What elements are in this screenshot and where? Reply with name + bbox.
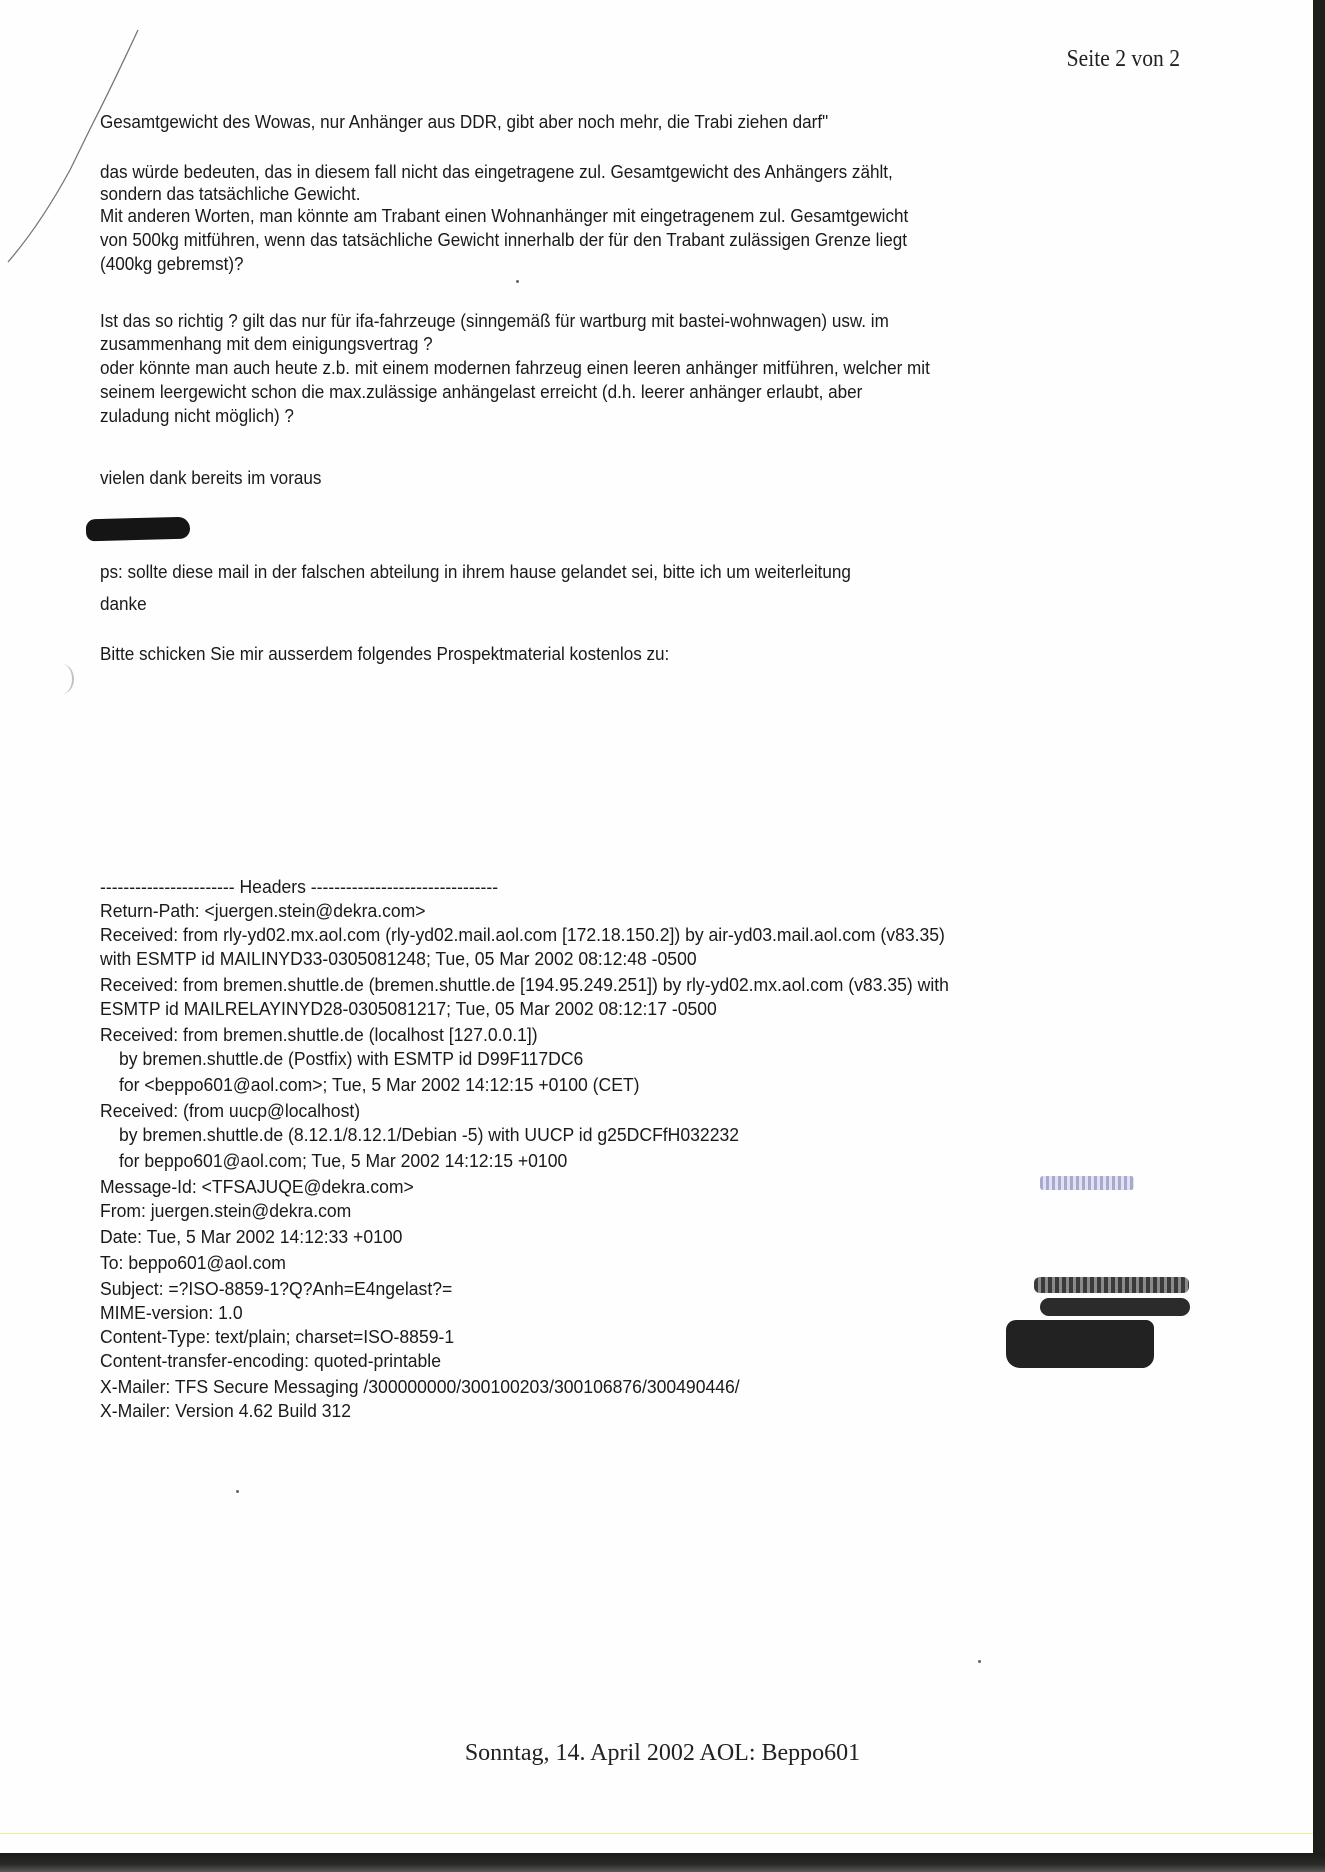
body-line: seinem leergewicht schon die max.zulässi… (100, 381, 862, 403)
scan-border-right (1313, 0, 1325, 1872)
header-line: Return-Path: <juergen.stein@dekra.com> (100, 899, 426, 923)
header-line: From: juergen.stein@dekra.com (100, 1199, 351, 1223)
header-line: Message-Id: <TFSAJUQE@dekra.com> (100, 1175, 414, 1199)
header-line: MIME-version: 1.0 (100, 1301, 243, 1325)
body-line: Bitte schicken Sie mir ausserdem folgend… (100, 643, 669, 665)
header-line: for beppo601@aol.com; Tue, 5 Mar 2002 14… (100, 1149, 567, 1173)
redacted-stamp (1040, 1176, 1134, 1190)
body-line: sondern das tatsächliche Gewicht. (100, 183, 360, 205)
header-line: Received: from rly-yd02.mx.aol.com (rly-… (100, 923, 945, 947)
redacted-block (1006, 1320, 1154, 1368)
body-line: ps: sollte diese mail in der falschen ab… (100, 561, 851, 583)
scan-speck (236, 1490, 239, 1493)
header-line: ESMTP id MAILRELAYINYD28-0305081217; Tue… (100, 997, 717, 1021)
scan-speck (516, 280, 519, 283)
header-line: Received: from bremen.shuttle.de (bremen… (100, 973, 949, 997)
header-line: X-Mailer: TFS Secure Messaging /30000000… (100, 1375, 740, 1399)
header-line: X-Mailer: Version 4.62 Build 312 (100, 1399, 351, 1423)
body-line: zusammenhang mit dem einigungsvertrag ? (100, 333, 433, 355)
print-footer: Sonntag, 14. April 2002 AOL: Beppo601 (0, 1740, 1325, 1767)
header-line: Content-transfer-encoding: quoted-printa… (100, 1349, 441, 1373)
body-line: danke (100, 593, 147, 615)
redacted-signature (86, 517, 191, 542)
headers-title: ----------------------- Headers --------… (100, 875, 498, 899)
body-line: von 500kg mitführen, wenn das tatsächlic… (100, 229, 907, 251)
body-line: oder könnte man auch heute z.b. mit eine… (100, 357, 930, 379)
body-line: das würde bedeuten, das in diesem fall n… (100, 161, 893, 183)
body-line: Ist das so richtig ? gilt das nur für if… (100, 310, 889, 332)
scan-artifact-mark (50, 664, 74, 694)
header-line: by bremen.shuttle.de (8.12.1/8.12.1/Debi… (100, 1123, 739, 1147)
header-line: Received: from bremen.shuttle.de (localh… (100, 1023, 538, 1047)
body-line: (400kg gebremst)? (100, 253, 244, 275)
header-line: by bremen.shuttle.de (Postfix) with ESMT… (100, 1047, 583, 1071)
header-line: To: beppo601@aol.com (100, 1251, 286, 1275)
body-line: Mit anderen Worten, man könnte am Traban… (100, 205, 908, 227)
redacted-block (1040, 1298, 1190, 1316)
header-line: Subject: =?ISO-8859-1?Q?Anh=E4ngelast?= (100, 1277, 452, 1301)
redacted-block (1034, 1277, 1189, 1293)
scan-edge-line (0, 1833, 1313, 1834)
page-number: Seite 2 von 2 (1067, 46, 1180, 73)
scan-speck (978, 1660, 981, 1663)
header-line: with ESMTP id MAILINYD33-0305081248; Tue… (100, 947, 697, 971)
header-line: Date: Tue, 5 Mar 2002 14:12:33 +0100 (100, 1225, 402, 1249)
body-line: vielen dank bereits im voraus (100, 467, 321, 489)
header-line: Content-Type: text/plain; charset=ISO-88… (100, 1325, 454, 1349)
header-line: for <beppo601@aol.com>; Tue, 5 Mar 2002 … (100, 1073, 640, 1097)
scan-border-bottom (0, 1853, 1325, 1872)
body-line: Gesamtgewicht des Wowas, nur Anhänger au… (100, 111, 828, 133)
body-line: zuladung nicht möglich) ? (100, 405, 294, 427)
header-line: Received: (from uucp@localhost) (100, 1099, 360, 1123)
